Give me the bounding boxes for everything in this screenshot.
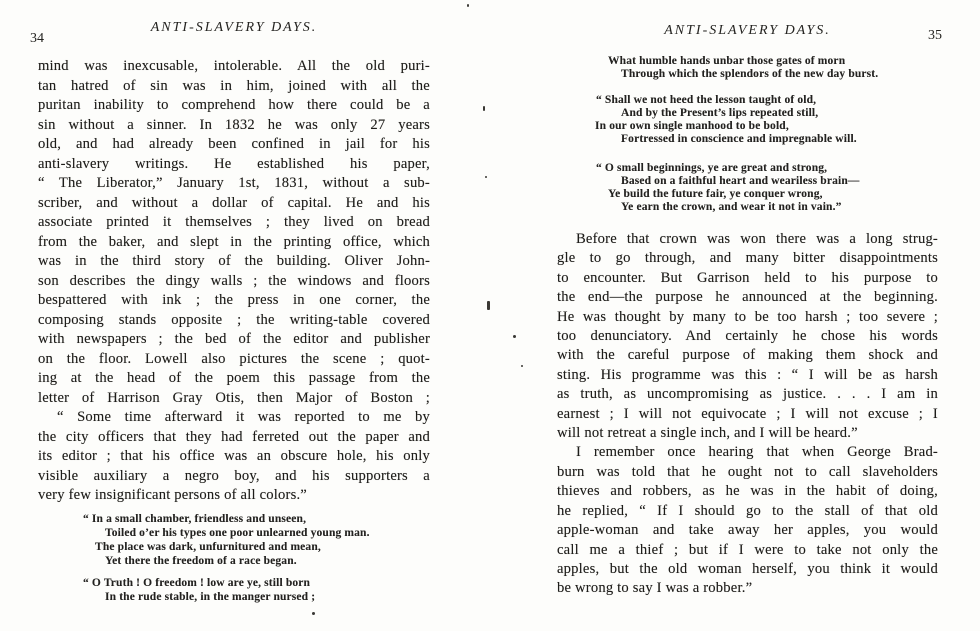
stanza: “ In a small chamber, friendless and uns… [38, 512, 430, 568]
verse-line: And by the Present’s lips repeated still… [557, 107, 938, 120]
prose-line: be wrong to say I was a robber.” [557, 579, 938, 598]
prose-line: very few insignificant persons of all co… [38, 486, 430, 506]
prose-line: the end—the purpose he announced at the … [557, 288, 938, 307]
prose-line: ing at the head of the poem this passage… [38, 369, 430, 389]
prose-line: visible auxiliary a negro boy, and his s… [38, 467, 430, 487]
verse-line: In the rude stable, in the manger nursed… [38, 590, 430, 604]
prose-line: he replied, “ If I should go to the stal… [557, 502, 938, 521]
prose-line: from the baker, and slept in the printin… [38, 233, 430, 253]
scan-speck [521, 365, 523, 367]
prose-line: with newspapers ; the bed of the editor … [38, 330, 430, 350]
prose-line: puritan inability to comprehend how ther… [38, 96, 430, 116]
prose-line: tan hatred of sin was in him, joined wit… [38, 77, 430, 97]
verse-line: Yet there the freedom of a race began. [38, 554, 430, 568]
right-page: ANTI-SLAVERY DAYS. 35 What humble hands … [490, 0, 980, 631]
verse-line: “ In a small chamber, friendless and uns… [38, 512, 430, 526]
prose-line: will not retreat a single inch, and I wi… [557, 424, 938, 443]
prose-line: to encounter. But Garrison held to his p… [557, 269, 938, 288]
prose-line: “ The Liberator,” January 1st, 1831, wit… [38, 174, 430, 194]
prose-line: call me a thief ; but if I were to take … [557, 541, 938, 560]
scan-speck [312, 612, 315, 615]
stanza: “ Shall we not heed the lesson taught of… [557, 94, 938, 146]
left-text-column: mind was inexcusable, intolerable. All t… [38, 52, 430, 604]
prose-line: apple-woman and take away her apples, yo… [557, 521, 938, 540]
verse-line: Ye build the future fair, ye conquer wro… [557, 188, 938, 201]
prose-line: scriber, and without a dollar of capital… [38, 194, 430, 214]
running-header: ANTI-SLAVERY DAYS. [38, 20, 430, 36]
verse-line: The place was dark, unfurnitured and mea… [38, 540, 430, 554]
stanza: What humble hands unbar those gates of m… [557, 55, 938, 81]
verse-line: Based on a faithful heart and weariless … [557, 175, 938, 188]
prose-line: composing stands opposite ; the writing-… [38, 311, 430, 331]
prose-line: Before that crown was won there was a lo… [557, 230, 938, 249]
prose-line: associate printed it themselves ; they l… [38, 213, 430, 233]
book-spread: 34 ANTI-SLAVERY DAYS. mind was inexcusab… [0, 0, 980, 631]
prose-line: sin without a sinner. In 1832 he was onl… [38, 116, 430, 136]
stanza: “ O Truth ! O freedom ! low are ye, stil… [38, 576, 430, 604]
scan-speck [485, 176, 487, 178]
scan-speck [467, 4, 469, 7]
prose-line: gle to go through, and many bitter disap… [557, 249, 938, 268]
verse-line: “ O small beginnings, ye are great and s… [557, 162, 938, 175]
verse-line: Ye earn the crown, and wear it not in va… [557, 201, 938, 214]
right-text-column: What humble hands unbar those gates of m… [557, 52, 938, 599]
prose-line: with the careful purpose of making them … [557, 346, 938, 365]
prose-line: I remember once hearing that when George… [557, 443, 938, 462]
paragraph: Before that crown was won there was a lo… [557, 230, 938, 599]
stanza: “ O small beginnings, ye are great and s… [557, 162, 938, 214]
verse-line: Through which the splendors of the new d… [557, 68, 938, 81]
prose-line: He was thought by many to be too harsh ;… [557, 308, 938, 327]
prose-line: son describes the dingy walls ; the wind… [38, 272, 430, 292]
prose-line: anti-slavery writings. He established hi… [38, 155, 430, 175]
verse-line: In our own single manhood to be bold, [557, 120, 938, 133]
prose-line: its editor ; that his office was an obsc… [38, 447, 430, 467]
prose-line: old, and had already been confined in ja… [38, 135, 430, 155]
verse-line: Toiled o’er his types one poor unlearned… [38, 526, 430, 540]
prose-line: sting. His programme was this : “ I will… [557, 366, 938, 385]
paragraph: mind was inexcusable, intolerable. All t… [38, 57, 430, 506]
prose-line: “ Some time afterward it was reported to… [38, 408, 430, 428]
prose-line: bespattered with ink ; the press in one … [38, 291, 430, 311]
prose-line: as truth, as uncompromising as justice. … [557, 385, 938, 404]
scan-speck [513, 335, 516, 338]
prose-line: mind was inexcusable, intolerable. All t… [38, 57, 430, 77]
scan-speck [483, 106, 485, 111]
left-page: 34 ANTI-SLAVERY DAYS. mind was inexcusab… [0, 0, 490, 631]
prose-line: on the floor. Lowell also pictures the s… [38, 350, 430, 370]
running-header: ANTI-SLAVERY DAYS. [557, 23, 938, 39]
verse-line: “ Shall we not heed the lesson taught of… [557, 94, 938, 107]
prose-line: too denunciatory. And certainly he chose… [557, 327, 938, 346]
verse-line: “ O Truth ! O freedom ! low are ye, stil… [38, 576, 430, 590]
verse-line: What humble hands unbar those gates of m… [557, 55, 938, 68]
scan-speck [487, 301, 490, 310]
prose-line: earnest ; I will not equivocate ; I will… [557, 405, 938, 424]
prose-line: apples, but the old woman herself, you t… [557, 560, 938, 579]
verse-line: Fortressed in conscience and impregnable… [557, 133, 938, 146]
prose-line: burn was told that he ought not to call … [557, 463, 938, 482]
page-number: 35 [928, 28, 942, 44]
prose-line: letter of Harrison Gray Otis, then Major… [38, 389, 430, 409]
prose-line: was in the third story of the building. … [38, 252, 430, 272]
prose-line: thieves and robbers, as he was in the ha… [557, 482, 938, 501]
prose-line: the city officers that they had ferreted… [38, 428, 430, 448]
